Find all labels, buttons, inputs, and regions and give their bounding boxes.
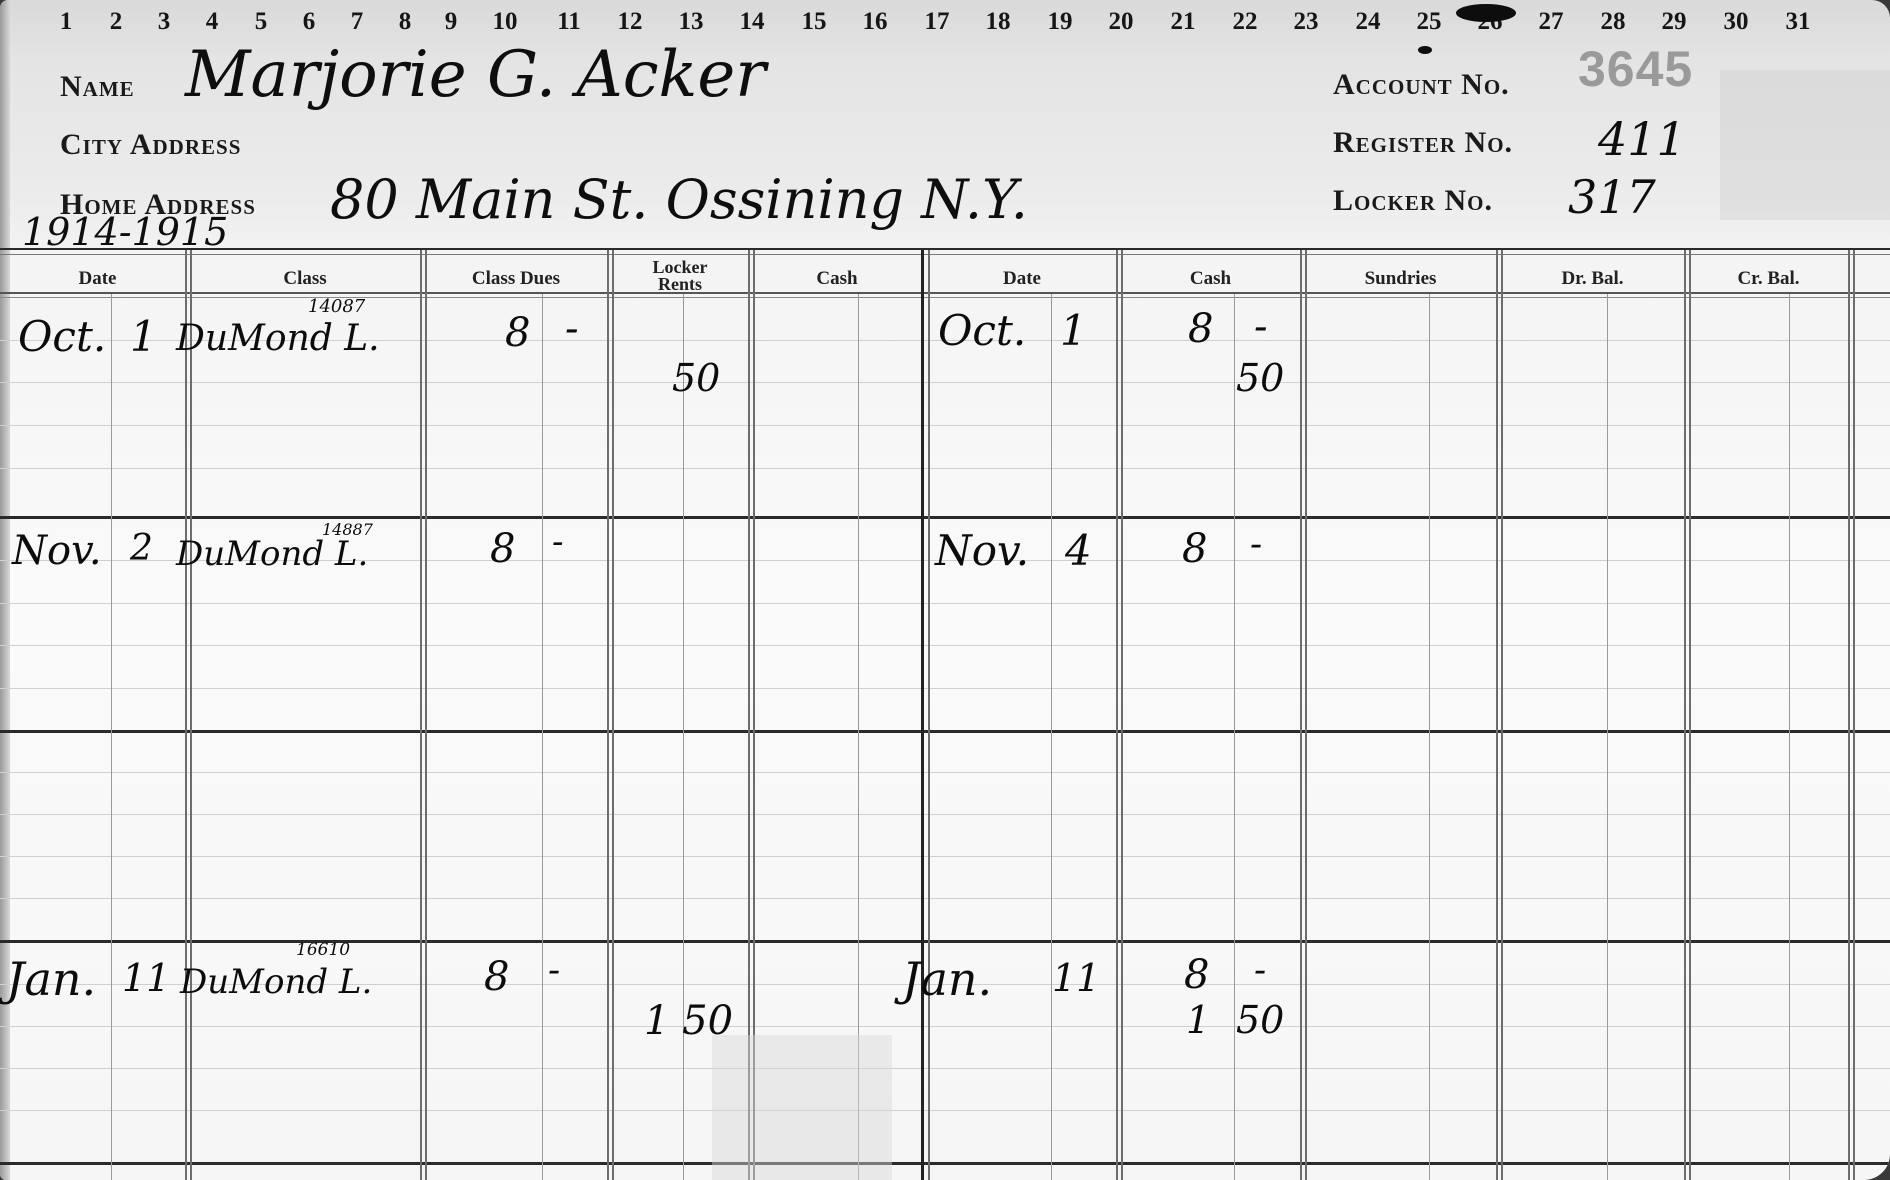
column-header-sundries: Sundries — [1305, 262, 1496, 294]
row-class: DuMond L. — [176, 318, 380, 359]
row-right-cash-extra-cents: 50 — [1236, 998, 1284, 1042]
row-right-date-day: 4 — [1065, 526, 1092, 575]
day-number: 3 — [158, 8, 171, 36]
row-class-dues-cents: - — [565, 306, 579, 352]
row-right-cash-dollars: 8 — [1188, 306, 1213, 352]
row-class: DuMond L. — [180, 962, 372, 1002]
name-label: Name — [60, 70, 135, 104]
day-number: 20 — [1109, 8, 1134, 36]
register-no-value: 411 — [1598, 112, 1686, 166]
account-no-label: Account No. — [1333, 68, 1510, 102]
row-right-cash-cents: - — [1254, 304, 1268, 350]
row-class-number: 16610 — [296, 940, 350, 960]
day-number: 13 — [679, 8, 704, 36]
row-date-day: 1 — [130, 312, 157, 361]
row-class-dues-cents: - — [552, 522, 564, 562]
name-value: Marjorie G. Acker — [185, 38, 766, 112]
home-address-value: 80 Main St. Ossining N.Y. — [330, 168, 1028, 231]
day-number: 11 — [557, 8, 581, 36]
city-address-label: City Address — [60, 128, 241, 162]
locker-no-value: 317 — [1568, 170, 1656, 224]
locker-no-label: Locker No. — [1333, 184, 1493, 218]
row-right-date-month: Jan. — [902, 952, 992, 1006]
day-number: 12 — [618, 8, 643, 36]
day-number: 8 — [399, 8, 412, 36]
column-header-cash-right: Cash — [1121, 262, 1300, 294]
row-right-cash-dollars: 8 — [1182, 526, 1207, 572]
column-header-dr-bal: Dr. Bal. — [1501, 262, 1684, 294]
row-right-date-month: Oct. — [938, 306, 1026, 355]
day-number: 5 — [255, 8, 268, 36]
account-no-value: 3645 — [1578, 40, 1693, 98]
day-number: 18 — [986, 8, 1011, 36]
row-right-cash-extra-cents: 50 — [1236, 356, 1284, 400]
row-right-date-day: 1 — [1060, 306, 1087, 355]
paper-patch — [712, 1035, 892, 1180]
day-number: 14 — [740, 8, 765, 36]
day-number: 15 — [802, 8, 827, 36]
day-number: 29 — [1662, 8, 1687, 36]
paper-patch — [1720, 70, 1890, 220]
row-locker-rents: 50 — [672, 356, 720, 400]
day-number: 2 — [110, 8, 123, 36]
row-class-number: 14087 — [308, 296, 365, 317]
day-number: 23 — [1294, 8, 1319, 36]
row-class: DuMond L. — [176, 534, 368, 574]
day-number: 9 — [445, 8, 458, 36]
day-number: 27 — [1539, 8, 1564, 36]
row-class-dues-dollars: 8 — [505, 310, 530, 356]
column-header-cash: Cash — [753, 262, 921, 294]
day-number: 4 — [206, 8, 219, 36]
day-number: 6 — [303, 8, 316, 36]
row-date-day: 2 — [130, 528, 153, 569]
day-number: 28 — [1601, 8, 1626, 36]
row-date-month: Oct. — [18, 312, 106, 361]
row-class-dues-dollars: 8 — [484, 954, 509, 1000]
column-header-cr-bal: Cr. Bal. — [1689, 262, 1848, 294]
locker-rents-line2: Rents — [658, 276, 702, 293]
row-right-cash-dollars: 8 — [1184, 952, 1209, 998]
day-number: 17 — [925, 8, 950, 36]
day-number: 1 — [60, 8, 73, 36]
column-header-date: Date — [10, 262, 185, 294]
day-number: 31 — [1786, 8, 1811, 36]
row-right-cash-extra-dollars: 1 — [1186, 998, 1210, 1042]
day-number: 25 — [1417, 8, 1442, 36]
column-header-date-right: Date — [928, 262, 1116, 294]
register-no-label: Register No. — [1333, 126, 1513, 160]
column-header-class-dues: Class Dues — [425, 262, 607, 294]
day-number: 30 — [1724, 8, 1749, 36]
row-date-month: Nov. — [12, 528, 102, 574]
row-date-month: Jan. — [6, 952, 96, 1006]
rule — [0, 248, 1890, 250]
ledger-card: 1 2 3 4 5 6 7 8 9 10 11 12 13 14 15 16 1… — [0, 0, 1890, 1180]
row-date-day: 11 — [122, 956, 170, 1000]
day-number: 19 — [1048, 8, 1073, 36]
row-right-cash-cents: - — [1254, 950, 1266, 991]
day-number: 7 — [351, 8, 364, 36]
column-header-class: Class — [190, 262, 420, 294]
row-right-cash-cents: - — [1250, 524, 1262, 565]
row-class-dues-cents: - — [548, 950, 560, 991]
row-right-date-month: Nov. — [935, 526, 1029, 575]
day-number: 21 — [1171, 8, 1196, 36]
day-number: 16 — [863, 8, 888, 36]
ink-blot — [1456, 4, 1516, 22]
row-right-date-day: 11 — [1052, 956, 1100, 1000]
day-number: 22 — [1233, 8, 1258, 36]
day-number: 24 — [1356, 8, 1381, 36]
rule — [0, 254, 1890, 255]
row-class-dues-dollars: 8 — [490, 526, 515, 572]
column-header-locker-rents: Locker Rents — [612, 256, 748, 296]
day-number: 10 — [493, 8, 518, 36]
ink-blot — [1418, 46, 1432, 54]
